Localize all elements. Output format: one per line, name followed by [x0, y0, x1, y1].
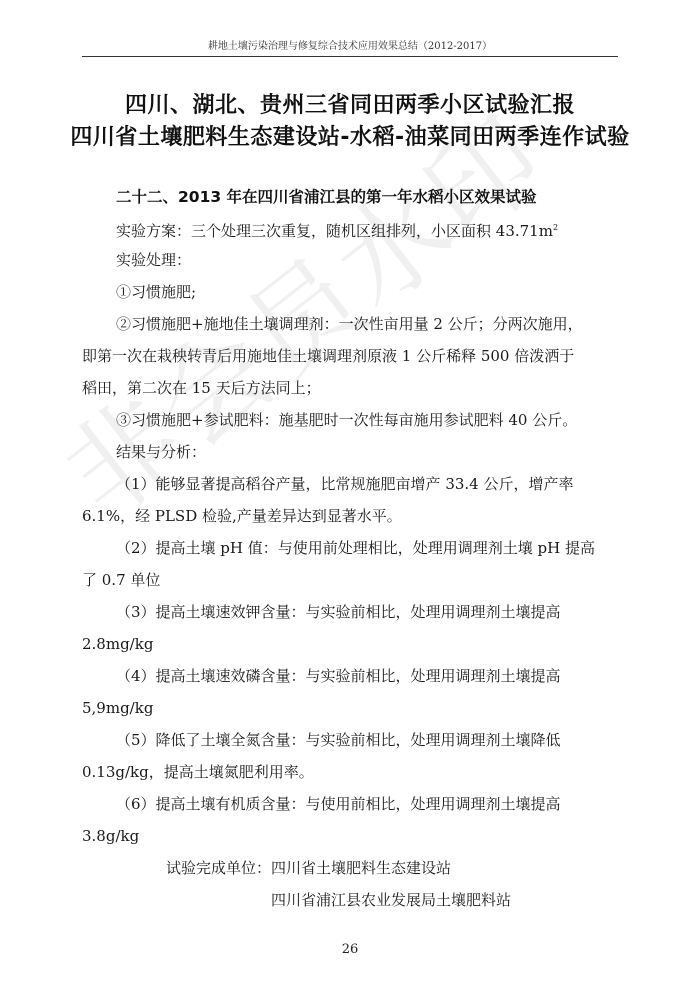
treatment-2-line1: ②习惯施肥+施地佳土壤调理剂：一次性亩用量 2 公斤；分两次施用，	[116, 314, 583, 334]
treatment-2-line2: 即第一次在栽秧转青后用施地佳土壤调理剂原液 1 公斤稀释 500 倍泼洒于	[82, 346, 574, 366]
completion-unit-1: 试验完成单位：四川省土壤肥料生态建设站	[166, 858, 451, 878]
treatment-1: ①习惯施肥;	[116, 282, 196, 302]
result-3-line1: （3）提高土壤速效钾含量：与实验前相比，处理用调理剂土壤提高	[116, 602, 561, 622]
plan-superscript: 2	[553, 223, 558, 232]
results-label: 结果与分析：	[116, 442, 206, 462]
result-6-line1: （6）提高土壤有机质含量：与使用前相比，处理用调理剂土壤提高	[116, 794, 561, 814]
completion-unit-2: 四川省浦江县农业发展局土壤肥料站	[271, 890, 511, 910]
plan-text: 实验方案：三个处理三次重复，随机区组排列，小区面积 43.71m	[116, 222, 553, 240]
result-1-line2: 6.1%，经 PLSD 检验,产量差异达到显著水平。	[82, 506, 402, 526]
page-number: 26	[0, 942, 700, 957]
result-6-line2: 3.8g/kg	[82, 826, 139, 846]
experiment-plan: 实验方案：三个处理三次重复，随机区组排列，小区面积 43.71m2	[116, 218, 558, 241]
treatments-label: 实验处理：	[116, 250, 191, 270]
result-4-line1: （4）提高土壤速效磷含量：与实验前相比，处理用调理剂土壤提高	[116, 666, 561, 686]
section-heading: 二十二、2013 年在四川省浦江县的第一年水稻小区效果试验	[116, 185, 537, 207]
result-2-line1: （2）提高土壤 pH 值：与使用前处理相比，处理用调理剂土壤 pH 提高	[116, 538, 595, 558]
result-5-line1: （5）降低了土壤全氮含量：与实验前相比，处理用调理剂土壤降低	[116, 730, 561, 750]
treatment-2-line3: 稻田，第二次在 15 天后方法同上；	[82, 378, 321, 398]
running-header: 耕地土壤污染治理与修复综合技术应用效果总结（2012-2017）	[82, 40, 618, 57]
treatment-3: ③习惯施肥+参试肥料：施基肥时一次性每亩施用参试肥料 40 公斤。	[116, 410, 577, 430]
result-1-line1: （1）能够显著提高稻谷产量，比常规施肥亩增产 33.4 公斤，增产率	[116, 474, 573, 494]
result-5-line2: 0.13g/kg，提高土壤氮肥利用率。	[82, 762, 314, 782]
result-3-line2: 2.8mg/kg	[82, 634, 153, 654]
page-subtitle: 四川省土壤肥料生态建设站-水稻-油菜同田两季连作试验	[0, 120, 700, 151]
result-2-line2: 了 0.7 单位	[82, 570, 160, 590]
result-4-line2: 5,9mg/kg	[82, 698, 153, 718]
page-title: 四川、湖北、贵州三省同田两季小区试验汇报	[0, 88, 700, 119]
